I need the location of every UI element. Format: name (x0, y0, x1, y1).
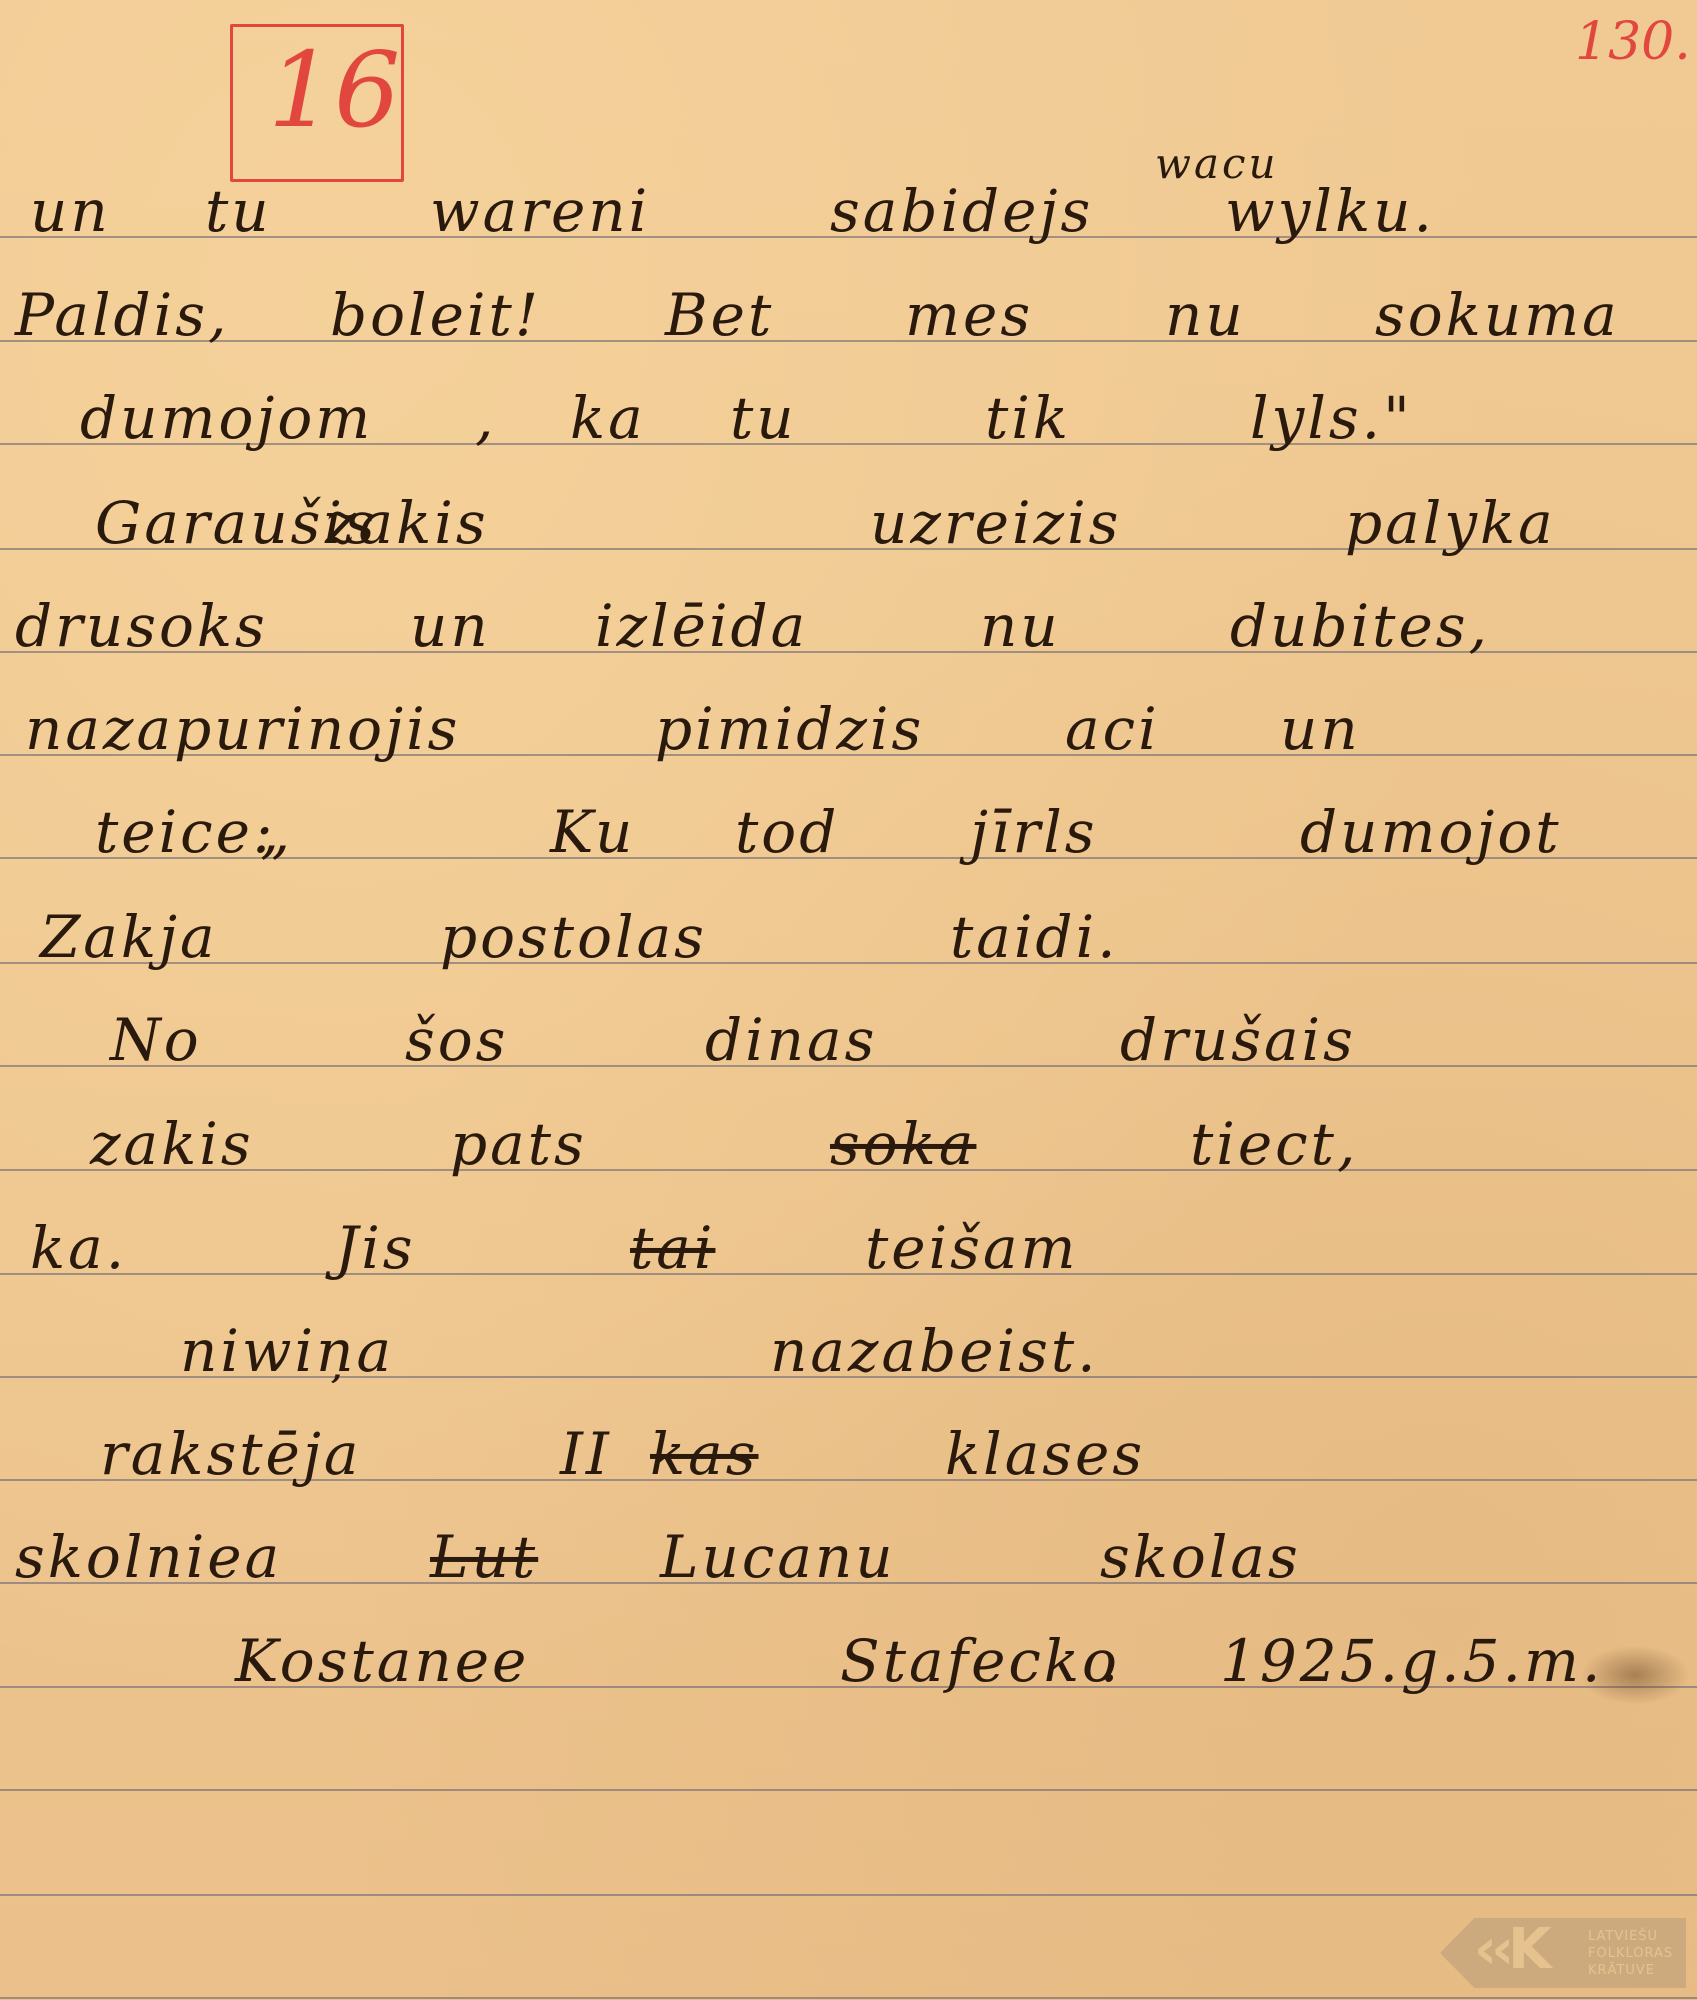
archive-watermark-logo: ‹‹K LATVIEŠU FOLKLORAS KRĀTUVE (1440, 1918, 1686, 1988)
page-number: 130. (1575, 16, 1691, 68)
ruled-line (0, 1997, 1697, 1999)
handwritten-word: uzreizis (870, 494, 1121, 552)
handwritten-word: , (475, 389, 496, 447)
handwritten-word: boleit! (330, 286, 541, 344)
interlinear-correction: wacu (1155, 143, 1279, 185)
ruled-line (0, 1273, 1697, 1275)
handwritten-word: wylku. (1225, 182, 1435, 240)
watermark-line-2: FOLKLORAS (1588, 1945, 1673, 1962)
handwritten-word: sabidejs (830, 182, 1093, 240)
handwritten-word: dubites, (1230, 597, 1490, 655)
struck-word: tai (630, 1219, 715, 1277)
handwritten-word: Zakja (40, 908, 218, 966)
handwritten-word: dinas (705, 1011, 877, 1069)
ink-blot (1580, 1645, 1690, 1705)
struck-word: soka (830, 1115, 976, 1173)
handwritten-word: tu (730, 389, 797, 447)
handwritten-word: . (1100, 1632, 1121, 1690)
handwritten-word: Stafecko (840, 1632, 1120, 1690)
handwritten-word: pimidzis (655, 700, 924, 758)
watermark-text: LATVIEŠU FOLKLORAS KRĀTUVE (1588, 1928, 1673, 1979)
handwritten-word: ka. (30, 1219, 127, 1277)
archive-number: 16 (268, 38, 400, 142)
handwritten-word: tu (205, 182, 272, 240)
struck-word: Lut (430, 1528, 538, 1586)
handwritten-word: postolas (440, 908, 707, 966)
handwritten-word: sokuma (1375, 286, 1620, 344)
handwritten-word: lyls." (1250, 389, 1413, 447)
handwritten-word: skolniea (15, 1528, 282, 1586)
handwritten-word: šos (405, 1011, 508, 1069)
handwritten-word: niwiņa (180, 1322, 394, 1380)
handwritten-word: palyka (1345, 494, 1556, 552)
handwritten-word: pats (450, 1115, 587, 1173)
watermark-line-3: KRĀTUVE (1588, 1962, 1673, 1979)
handwritten-word: jīrls (970, 803, 1098, 861)
handwritten-word: mes (905, 286, 1033, 344)
handwritten-word: un (1280, 700, 1361, 758)
handwritten-word: zakis (90, 1115, 254, 1173)
handwritten-word: teišam (865, 1219, 1079, 1277)
handwritten-word: Jis (335, 1219, 416, 1277)
handwritten-word: un (30, 182, 111, 240)
handwritten-word: taidi. (950, 908, 1119, 966)
handwritten-word: tik (985, 389, 1071, 447)
handwritten-word: nu (1165, 286, 1246, 344)
handwritten-word: dumojom (80, 389, 373, 447)
handwritten-word: nazabeist. (770, 1322, 1099, 1380)
handwritten-word: Lucanu (660, 1528, 896, 1586)
handwritten-word: „ (260, 803, 293, 861)
handwritten-word: Paldis, (15, 286, 229, 344)
handwritten-word: klases (945, 1425, 1145, 1483)
handwritten-word: zakis (325, 494, 489, 552)
handwritten-word: aci (1065, 700, 1160, 758)
handwritten-word: Ku (550, 803, 635, 861)
handwritten-word: skolas (1100, 1528, 1301, 1586)
handwritten-word: nu (980, 597, 1061, 655)
handwritten-word: teice: (95, 803, 276, 861)
handwritten-word: II (560, 1425, 612, 1483)
handwritten-word: Kostanee (235, 1632, 529, 1690)
struck-word: kas (650, 1425, 759, 1483)
handwritten-word: izlēida (595, 597, 808, 655)
lfk-logo-icon: ‹‹K (1474, 1922, 1546, 1978)
handwritten-word: drušais (1120, 1011, 1356, 1069)
handwritten-word: nazapurinojis (25, 700, 460, 758)
handwritten-word: No (110, 1011, 202, 1069)
handwritten-word: tod (735, 803, 839, 861)
handwritten-word: tiect, (1190, 1115, 1358, 1173)
manuscript-page: 16 130. untuwarenisabidejswylku.Paldis,b… (0, 0, 1697, 2000)
ruled-line (0, 1789, 1697, 1791)
handwritten-word: Bet (665, 286, 774, 344)
ruled-line (0, 962, 1697, 964)
handwritten-word: wareni (430, 182, 650, 240)
handwritten-word: drusoks (15, 597, 268, 655)
handwritten-word: rakstēja (100, 1425, 361, 1483)
handwritten-word: un (410, 597, 491, 655)
handwritten-word: ka (570, 389, 646, 447)
handwritten-word: 1925.g.5.m. (1220, 1632, 1603, 1690)
handwritten-word: dumojot (1300, 803, 1562, 861)
watermark-line-1: LATVIEŠU (1588, 1928, 1673, 1945)
ruled-line (0, 1894, 1697, 1896)
